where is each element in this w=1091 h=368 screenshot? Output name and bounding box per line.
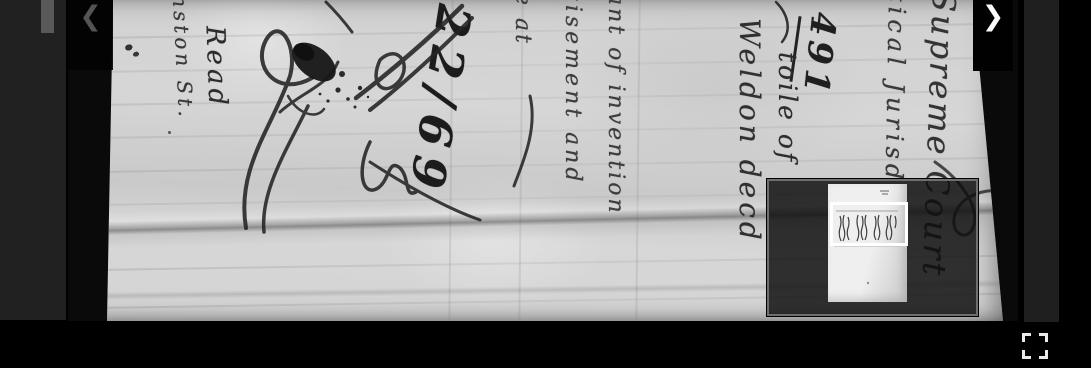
next-page-button[interactable]: ❯ <box>973 0 1013 71</box>
chevron-right-icon: ❯ <box>982 1 1005 33</box>
previous-page-button[interactable]: ❮ <box>68 0 113 70</box>
fullscreen-button[interactable] <box>1022 333 1048 359</box>
navigator-minimap[interactable] <box>767 179 978 316</box>
chevron-left-icon: ❮ <box>79 1 102 33</box>
viewport-rectangle[interactable] <box>830 202 908 246</box>
adjacent-page-fragment <box>41 0 54 33</box>
handwriting-signature: Read <box>200 26 233 110</box>
small-flourish <box>768 0 798 50</box>
edge-blot <box>120 38 144 65</box>
handwriting-deceased: Weldon decd <box>733 18 766 244</box>
fold-line-vertical <box>518 0 523 321</box>
ink-dot <box>168 131 171 134</box>
image-viewer: Supreme Court tical Jurisdic 491 toile o… <box>0 0 1091 368</box>
viewer-left-gutter <box>0 0 66 320</box>
fold-line-vertical <box>635 0 640 321</box>
handwriting-title-fragment: toile of <box>773 52 802 164</box>
handwriting-fragment: e at <box>510 0 535 46</box>
handwriting-invention: ant of invention <box>603 0 628 216</box>
viewer-right-gutter <box>1024 0 1059 322</box>
handwriting-advertisement: tisement and <box>560 0 585 185</box>
